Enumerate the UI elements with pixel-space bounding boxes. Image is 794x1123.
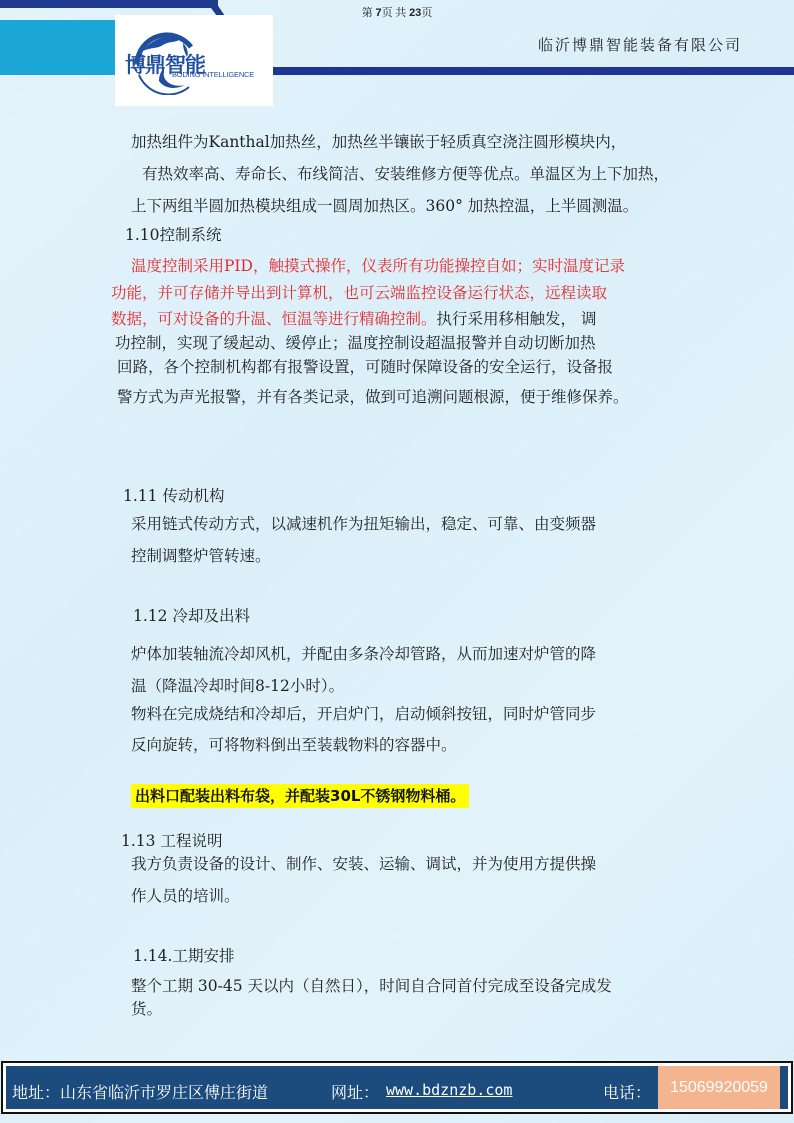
cooling-line-1: 炉体加装轴流冷却风机，并配由多条冷却管路，从而加速对炉管的降 [131, 647, 596, 663]
footer-phone-label: 电话： [603, 1080, 651, 1103]
company-logo: 博鼎智能 BODING INTELLIGENCE [115, 15, 273, 106]
control-line-6: 警方式为声光报警，并有各类记录，做到可追溯问题根源，便于维修保养。 [117, 390, 629, 406]
section-1-14-title: 1.14.工期安排 [133, 949, 234, 965]
logo-english-text: BODING INTELLIGENCE [172, 70, 254, 79]
transmission-line-1: 采用链式传动方式，以减速机作为扭矩输出，稳定、可靠、由变频器 [131, 517, 596, 533]
section-1-12-title: 1.12 冷却及出料 [133, 609, 250, 625]
section-1-11-title: 1.11 传动机构 [123, 489, 224, 505]
control-line-3-tail: 执行采用移相触发， 调 [437, 310, 597, 328]
section-1-10-title: 1.10控制系统 [125, 228, 222, 244]
footer-phone: 15069920059 [658, 1066, 780, 1109]
schedule-line-2: 货。 [131, 1002, 162, 1018]
transmission-line-2: 控制调整炉管转速。 [131, 549, 271, 565]
cooling-line-2: 温（降温冷却时间8-12小时）。 [131, 679, 344, 695]
engineering-line-1: 我方负责设备的设计、制作、安装、运输、调试，并为使用方提供操 [131, 857, 596, 873]
engineering-line-2: 作人员的培训。 [131, 889, 240, 905]
footer-inner: 地址：山东省临沂市罗庄区傅庄街道 网址： www.bdznzb.com 电话： … [6, 1066, 788, 1109]
discharge-highlight: 出料口配装出料布袋，并配装30L不锈钢物料桶。 [131, 789, 469, 805]
company-name: 临沂博鼎智能装备有限公司 [538, 34, 742, 55]
highlighted-text: 出料口配装出料布袋，并配装30L不锈钢物料桶。 [131, 784, 469, 808]
footer-website-label: 网址： [331, 1080, 379, 1103]
page-mid: 页 共 [382, 7, 407, 19]
control-red-line-3: 数据，可对设备的升温、恒温等进行精确控制。 [111, 310, 437, 328]
header-rule [273, 67, 794, 75]
heating-line-1: 加热组件为Kanthal加热丝，加热丝半镶嵌于轻质真空浇注圆形模块内， [131, 135, 626, 151]
heating-line-3: 上下两组半圆加热模块组成一圆周加热区。360° 加热控温，上半圆测温。 [131, 199, 638, 215]
page-prefix: 第 [362, 7, 373, 19]
footer-bar: 地址：山东省临沂市罗庄区傅庄街道 网址： www.bdznzb.com 电话： … [1, 1061, 793, 1114]
cooling-line-3: 物料在完成烧结和冷却后，开启炉门，启动倾斜按钮，同时炉管同步 [131, 707, 596, 723]
footer-address: 地址：山东省临沂市罗庄区傅庄街道 [12, 1080, 268, 1103]
control-line-4: 功控制，实现了缓起动、缓停止；温度控制设超温报警并自动切断加热 [115, 336, 596, 352]
total-pages: 23 [409, 7, 421, 19]
control-red-line-2: 功能，并可存储并导出到计算机，也可云端监控设备运行状态，远程读取 [111, 286, 607, 302]
footer-website-link[interactable]: www.bdznzb.com [386, 1081, 512, 1099]
control-red-line-1: 温度控制采用PID，触摸式操作，仪表所有功能操控自如；实时温度记录 [131, 259, 625, 275]
header-cyan-block [0, 20, 116, 75]
schedule-line-1: 整个工期 30-45 天以内（自然日），时间自合同首付完成至设备完成发 [131, 979, 612, 995]
control-line-5: 回路，各个控制机构都有报警设置，可随时保障设备的安全运行，设备报 [117, 360, 613, 376]
heating-line-2: 有热效率高、寿命长、布线简洁、安装维修方便等优点。单温区为上下加热， [142, 167, 669, 183]
cooling-line-4: 反向旋转，可将物料倒出至装载物料的容器中。 [131, 738, 457, 754]
page-suffix: 页 [421, 7, 432, 19]
control-line-3: 数据，可对设备的升温、恒温等进行精确控制。执行采用移相触发， 调 [111, 312, 596, 328]
section-1-13-title: 1.13 工程说明 [121, 834, 222, 850]
